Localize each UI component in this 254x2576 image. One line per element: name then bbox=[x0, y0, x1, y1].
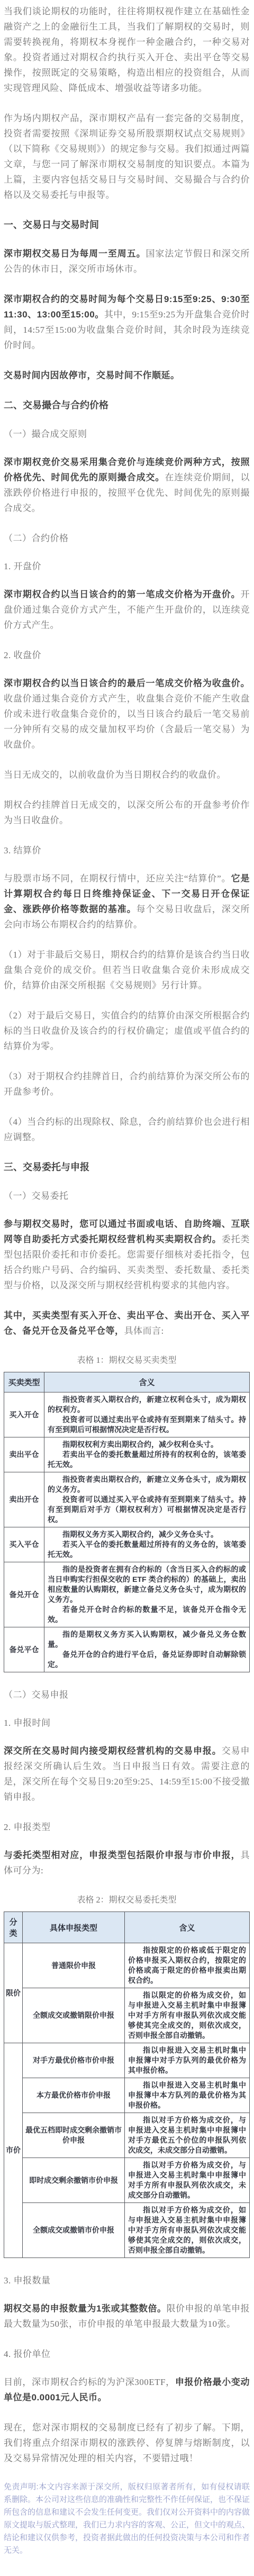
meaning-paragraph: 指以对手方价格为成交价，与申报进入交易主机时集中申报簿中对手方最优五个价位的申报… bbox=[128, 2115, 246, 2155]
body-text: （2）对于最后交易日，实值合约的结算价由深交所根据合约标的当日收盘价及该合约的行… bbox=[4, 1011, 250, 1051]
body-text: 与股票市场不同，在期权行情中，还应关注“结算价”。 bbox=[4, 873, 231, 884]
order-type-cell: 最优五档即时成交剩余撤销市价申报 bbox=[23, 2113, 125, 2158]
paragraph: 当我们谈论期权的功能时，往往将期权视作建立在基础性金融资产之上的金融衍生工具，当… bbox=[4, 4, 250, 96]
paragraph: 深市期权竞价交易采用集合竞价与连续竞价两种方式，按照价格优先、时间优先的原则撮合… bbox=[4, 454, 250, 516]
body-text: 具体而言: bbox=[124, 1326, 164, 1336]
meaning-paragraph: 指投资者卖出期权合约，新建立义务仓头寸，成为期权的义务方。 bbox=[48, 1474, 246, 1495]
subsection-heading: 3. 结算价 bbox=[4, 843, 250, 856]
table-row: 卖出开仓指投资者卖出期权合约，新建立义务仓头寸，成为期权的义务方。投资者可以通过… bbox=[4, 1472, 250, 1527]
table-header-cell: 分类 bbox=[4, 1912, 23, 1943]
meaning-paragraph: 指投资者买入期权合约，新建立权利仓头寸，成为期权的权利方。 bbox=[48, 1395, 246, 1415]
meaning-cell: 指以对手方价格为成交价，与申报进入交易主机时集中申报簿中对手方最优五个价位的申报… bbox=[125, 2113, 250, 2158]
bold-text: 交易时间内因故停市，交易时间不作顺延。 bbox=[4, 370, 180, 380]
paragraph: 深交所在交易时间内接受期权经营机构的交易申报。交易申报经深交所确认后生效。当日申… bbox=[4, 1743, 250, 1805]
body-text: （4）当合约标的出现除权、除息，合约前结算价也会进行相应调整。 bbox=[4, 1117, 250, 1142]
paragraph: （3）对于期权合约挂牌首日，合约前结算价为深交所公布的开盘参考价。 bbox=[4, 1069, 250, 1099]
bold-text: 与委托类型相对应，申报类型包括限价申报与市价申报， bbox=[4, 1850, 241, 1860]
table-caption: 表格 1：期权交易买卖类型 bbox=[4, 1353, 250, 1366]
bold-text: 参与期权交易时，您可以通过书面或电话、自助终端、互联网等自助委托方式委托期权经营… bbox=[4, 1219, 250, 1244]
table-header-cell: 含义 bbox=[125, 1912, 250, 1943]
order-type-cell: 即时成交剩余撤销市价申报 bbox=[23, 2158, 125, 2203]
paragraph: 与股票市场不同，在期权行情中，还应关注“结算价”。它是计算期权合约每日日终维持保… bbox=[4, 871, 250, 932]
table-row: 买入开仓指投资者买入期权合约，新建立权利仓头寸，成为期权的权利方。投资者可以通过… bbox=[4, 1392, 250, 1437]
subsection-heading: （二）交易申报 bbox=[4, 1687, 250, 1700]
meaning-paragraph: 指以对手方价格为成交价，与申报进入交易主机时集中申报簿中对手方所有申报队列依次成… bbox=[128, 2160, 246, 2200]
disclaimer: 免责声明:本文内容来源于深交所，版权归原著者所有，如有侵权请联系删除。本公司对这… bbox=[4, 2481, 250, 2557]
bold-text: 期权交易的申报数量为1张或其整数倍。 bbox=[4, 2304, 166, 2314]
paragraph: 现在，您对深市期权的交易制度已经有了初步了解。下期，我们将重点介绍深市期权的涨跌… bbox=[4, 2420, 250, 2466]
meaning-paragraph: 若买入平仓的委托数量超过所持有的义务仓的，该笔委托无效。 bbox=[48, 1540, 246, 1560]
paragraph: 深市期权交易日为每周一至周五。国家法定节假日和深交所公告的休市日，深交所市场休市… bbox=[4, 246, 250, 277]
paragraph: 作为场内期权产品，深市期权产品有一套完备的交易制度，投资者需要按照《深圳证券交易… bbox=[4, 111, 250, 203]
trade-type-cell: 备兑平仓 bbox=[4, 1627, 44, 1672]
paragraph: （1）对于非最后交易日，期权合约的结算价是该合约当日收盘集合竞价的成交价。但若当… bbox=[4, 947, 250, 993]
paragraph: 深市期权合约的交易时间为每个交易日9:15至9:25、9:30至11:30、13… bbox=[4, 292, 250, 353]
meaning-paragraph: 指的是期权义务方买入认购期权，减少备兑义务仓数量。 bbox=[48, 1630, 246, 1650]
body-text: 期权合约挂牌首日无成交的，以深交所公布的开盘参考价作为当日收盘价。 bbox=[4, 800, 250, 825]
subsection-heading: （二）合约价格 bbox=[4, 531, 250, 544]
subsection-heading: 4. 报价单位 bbox=[4, 2346, 250, 2360]
meaning-paragraph: 若备兑开仓时合约标的数量不足，该备兑开仓指令无效。 bbox=[48, 1605, 246, 1625]
table-row: 最优五档即时成交剩余撤销市价申报指以对手方价格为成交价，与申报进入交易主机时集中… bbox=[4, 2113, 250, 2158]
meaning-cell: 指以限定的价格为成交价，如与申报进入交易主机时集中申报簿中对手方所有申报队列依次… bbox=[125, 1988, 250, 2043]
meaning-cell: 指以对手方价格为成交价，如与申报进入交易主机时集中申报簿中对手方所有申报队列依次… bbox=[125, 2203, 250, 2258]
meaning-paragraph: 备兑开仓的合约进行平仓后，备兑证券即时自动解除锁定。 bbox=[48, 1650, 246, 1670]
paragraph: 与委托类型相对应，申报类型包括限价申报与市价申报，具体可分为: bbox=[4, 1847, 250, 1878]
body-text: （3）对于期权合约挂牌首日，合约前结算价为深交所公布的开盘参考价。 bbox=[4, 1071, 250, 1097]
order-types-table: 分类具体申报类型含义限价普通限价申报指按限定的价格或低于限定的价格申报买入期权合… bbox=[4, 1911, 250, 2258]
bold-text: 深市期权合约以当日该合约的第一笔成交价格为开盘价。 bbox=[4, 589, 241, 599]
meaning-paragraph: 指的是投资者在拥有合约标的（含当日买入合约标的或当日申购实行担保交收的 ETF … bbox=[48, 1564, 246, 1605]
bold-text: 深市期权交易日为每周一至周五。 bbox=[4, 249, 146, 259]
subsection-heading: 1. 申报时间 bbox=[4, 1715, 250, 1728]
section-heading: 一、交易日与交易时间 bbox=[4, 217, 250, 231]
paragraph: 当日无成交的，以前收盘价为当日期权合约的收盘价。 bbox=[4, 767, 250, 782]
trade-type-cell: 买入开仓 bbox=[4, 1392, 44, 1437]
paragraph: 期权合约挂牌首日无成交的，以深交所公布的开盘参考价作为当日收盘价。 bbox=[4, 797, 250, 828]
meaning-paragraph: 指期权义务方买入期权合约，减少义务仓头寸。 bbox=[48, 1530, 246, 1540]
order-type-cell: 全额成交或撤销市价申报 bbox=[23, 2203, 125, 2258]
order-type-cell: 普通限价申报 bbox=[23, 1943, 125, 1988]
table-row: 备兑开仓指的是投资者在拥有合约标的（含当日买入合约标的或当日申购实行担保交收的 … bbox=[4, 1562, 250, 1627]
body-text: 当我们谈论期权的功能时，往往将期权视作建立在基础性金融资产之上的金融衍生工具，当… bbox=[4, 6, 250, 93]
order-type-cell: 对手方最优价格市价申报 bbox=[23, 2043, 125, 2078]
paragraph: 参与期权交易时，您可以通过书面或电话、自助终端、互联网等自助委托方式委托期权经营… bbox=[4, 1216, 250, 1293]
meaning-cell: 指的是期权义务方买入认购期权，减少备兑义务仓数量。备兑开仓的合约进行平仓后，备兑… bbox=[44, 1627, 250, 1672]
table-header-cell: 买卖类型 bbox=[4, 1372, 44, 1392]
table-header-row: 买卖类型含义 bbox=[4, 1372, 250, 1392]
table-row: 即时成交剩余撤销市价申报指以对手方价格为成交价，与申报进入交易主机时集中申报簿中… bbox=[4, 2158, 250, 2203]
paragraph: 深市期权合约以当日该合约的第一笔成交价格为开盘价。开盘价通过集合竞价方式产生，不… bbox=[4, 587, 250, 633]
table-row: 备兑平仓指的是期权义务方买入认购期权，减少备兑义务仓数量。备兑开仓的合约进行平仓… bbox=[4, 1627, 250, 1672]
meaning-paragraph: 指以申报进入交易主机时集中申报簿中本方队列的最优价格为其申报价格。 bbox=[128, 2080, 246, 2110]
meaning-cell: 指以申报进入交易主机时集中申报簿中对手方队列的最优价格为其申报价格。 bbox=[125, 2043, 250, 2078]
order-type-cell: 全额成交或撤销限价申报 bbox=[23, 1988, 125, 2043]
subsection-heading: （一）撮合成交原则 bbox=[4, 426, 250, 440]
paragraph: 深市期权合约以当日该合约的最后一笔成交价格为收盘价。收盘价通过集合竞价方式产生，… bbox=[4, 676, 250, 752]
trade-type-cell: 备兑开仓 bbox=[4, 1562, 44, 1627]
section-heading: 三、交易委托与申报 bbox=[4, 1160, 250, 1173]
body-text: 现在，您对深市期权的交易制度已经有了初步了解。下期，我们将重点介绍深市期权的涨跌… bbox=[4, 2423, 250, 2463]
table-row: 全额成交或撤销限价申报指以限定的价格为成交价，如与申报进入交易主机时集中申报簿中… bbox=[4, 1988, 250, 2043]
meaning-paragraph: 指期权权利方卖出期权合约，减少权利仓头寸。 bbox=[48, 1440, 246, 1450]
meaning-paragraph: 投资者可以通过买入平仓或持有至到期来了结头寸。持有至到期后对手方（期权权利方）可… bbox=[48, 1495, 246, 1525]
meaning-cell: 指以申报进入交易主机时集中申报簿中本方队列的最优价格为其申报价格。 bbox=[125, 2078, 250, 2113]
bold-text: 深市期权合约以当日该合约的最后一笔成交价格为收盘价。 bbox=[4, 678, 250, 688]
meaning-cell: 指投资者卖出期权合约，新建立义务仓头寸，成为期权的义务方。投资者可以通过买入平仓… bbox=[44, 1472, 250, 1527]
order-type-cell: 本方最优价格市价申报 bbox=[23, 2078, 125, 2113]
meaning-cell: 指的是投资者在拥有合约标的（含当日买入合约标的或当日申购实行担保交收的 ETF … bbox=[44, 1562, 250, 1627]
section-heading: 二、交易撮合与合约价格 bbox=[4, 398, 250, 412]
paragraph: 目前，深市期权合约标的为沪深300ETF，申报价格最小变动单位是0.0001元人… bbox=[4, 2374, 250, 2405]
article-body: 当我们谈论期权的功能时，往往将期权视作建立在基础性金融资产之上的金融衍生工具，当… bbox=[0, 0, 254, 2576]
subsection-heading: （一）交易委托 bbox=[4, 1188, 250, 1201]
subsection-heading: 2. 收盘价 bbox=[4, 648, 250, 661]
paragraph: 其中，买卖类型有买入开仓、卖出平仓、卖出开仓、买入平仓、备兑开仓及备兑平仓等，具… bbox=[4, 1308, 250, 1339]
subsection-heading: 1. 开盘价 bbox=[4, 559, 250, 572]
meaning-cell: 指期权权利方卖出期权合约，减少权利仓头寸。若卖出平仓的委托数量超过所持有的权利仓… bbox=[44, 1437, 250, 1472]
body-text: （1）对于非最后交易日，期权合约的结算价是该合约当日收盘集合竞价的成交价。但若当… bbox=[4, 950, 250, 990]
table-header-row: 分类具体申报类型含义 bbox=[4, 1912, 250, 1943]
body-text: 当日无成交的，以前收盘价为当日期权合约的收盘价。 bbox=[4, 770, 226, 780]
body-text: 收盘价通过集合竞价方式产生，收盘集合竞价不能产生收盘价或未进行收盘集合竞价的，以… bbox=[4, 694, 250, 750]
trade-type-cell: 买入平仓 bbox=[4, 1527, 44, 1562]
meaning-cell: 指期权义务方买入期权合约，减少义务仓头寸。若买入平仓的委托数量超过所持有的义务仓… bbox=[44, 1527, 250, 1562]
paragraph: （2）对于最后交易日，实值合约的结算价由深交所根据合约标的当日收盘价及该合约的行… bbox=[4, 1008, 250, 1054]
paragraph: （4）当合约标的出现除权、除息，合约前结算价也会进行相应调整。 bbox=[4, 1114, 250, 1145]
table-row: 限价普通限价申报指按限定的价格或低于限定的价格申报买入期权合约，按限定的价格或高… bbox=[4, 1943, 250, 1988]
table-header-cell: 具体申报类型 bbox=[23, 1912, 125, 1943]
meaning-paragraph: 投资者可以通过卖出平仓或持有至到期来了结头寸。持有至到期后可根据情况决定是否行权… bbox=[48, 1415, 246, 1435]
table-row: 全额成交或撤销市价申报指以对手方价格为成交价，如与申报进入交易主机时集中申报簿中… bbox=[4, 2203, 250, 2258]
meaning-cell: 指以对手方价格为成交价，与申报进入交易主机时集中申报簿中对手方所有申报队列依次成… bbox=[125, 2158, 250, 2203]
meaning-cell: 指投资者买入期权合约，新建立权利仓头寸，成为期权的权利方。投资者可以通过卖出平仓… bbox=[44, 1392, 250, 1437]
meaning-paragraph: 指按限定的价格或低于限定的价格申报买入期权合约，按限定的价格或高于限定的价格申报… bbox=[128, 1945, 246, 1986]
trade-type-cell: 卖出平仓 bbox=[4, 1437, 44, 1472]
category-cell: 市价 bbox=[4, 2043, 23, 2258]
table-caption: 表格 2：期权交易委托类型 bbox=[4, 1893, 250, 1905]
meaning-paragraph: 若卖出平仓的委托数量超过所持有的权利仓的，该笔委托无效。 bbox=[48, 1450, 246, 1470]
subsection-heading: 2. 申报类型 bbox=[4, 1819, 250, 1833]
table-row: 买入平仓指期权义务方买入期权合约，减少义务仓头寸。若买入平仓的委托数量超过所持有… bbox=[4, 1527, 250, 1562]
table-row: 市价对手方最优价格市价申报指以申报进入交易主机时集中申报簿中对手方队列的最优价格… bbox=[4, 2043, 250, 2078]
meaning-paragraph: 指以限定的价格为成交价，如与申报进入交易主机时集中申报簿中对手方所有申报队列依次… bbox=[128, 1990, 246, 2041]
meaning-paragraph: 指以申报进入交易主机时集中申报簿中对手方队列的最优价格为其申报价格。 bbox=[128, 2045, 246, 2076]
body-text: 作为场内期权产品，深市期权产品有一套完备的交易制度，投资者需要按照《深圳证券交易… bbox=[4, 113, 250, 200]
meaning-paragraph: 指以对手方价格为成交价，如与申报进入交易主机时集中申报簿中对手方所有申报队列依次… bbox=[128, 2205, 246, 2255]
category-cell: 限价 bbox=[4, 1943, 23, 2043]
meaning-cell: 指按限定的价格或低于限定的价格申报买入期权合约，按限定的价格或高于限定的价格申报… bbox=[125, 1943, 250, 1988]
trade-type-cell: 卖出开仓 bbox=[4, 1472, 44, 1527]
table-row: 本方最优价格市价申报指以申报进入交易主机时集中申报簿中本方队列的最优价格为其申报… bbox=[4, 2078, 250, 2113]
paragraph: 期权交易的申报数量为1张或其整数倍。限价申报的单笔申报最大数量为50张，市价申报… bbox=[4, 2301, 250, 2332]
table-row: 卖出平仓指期权权利方卖出期权合约，减少权利仓头寸。若卖出平仓的委托数量超过所持有… bbox=[4, 1437, 250, 1472]
table-header-cell: 含义 bbox=[44, 1372, 250, 1392]
body-text: 目前，深市期权合约标的为沪深300ETF， bbox=[4, 2377, 175, 2387]
trade-types-table: 买卖类型含义买入开仓指投资者买入期权合约，新建立权利仓头寸，成为期权的权利方。投… bbox=[4, 1372, 250, 1672]
subsection-heading: 3. 申报数量 bbox=[4, 2273, 250, 2286]
paragraph: 交易时间内因故停市，交易时间不作顺延。 bbox=[4, 368, 250, 383]
bold-text: 深交所在交易时间内接受期权经营机构的交易申报。 bbox=[4, 1746, 222, 1756]
